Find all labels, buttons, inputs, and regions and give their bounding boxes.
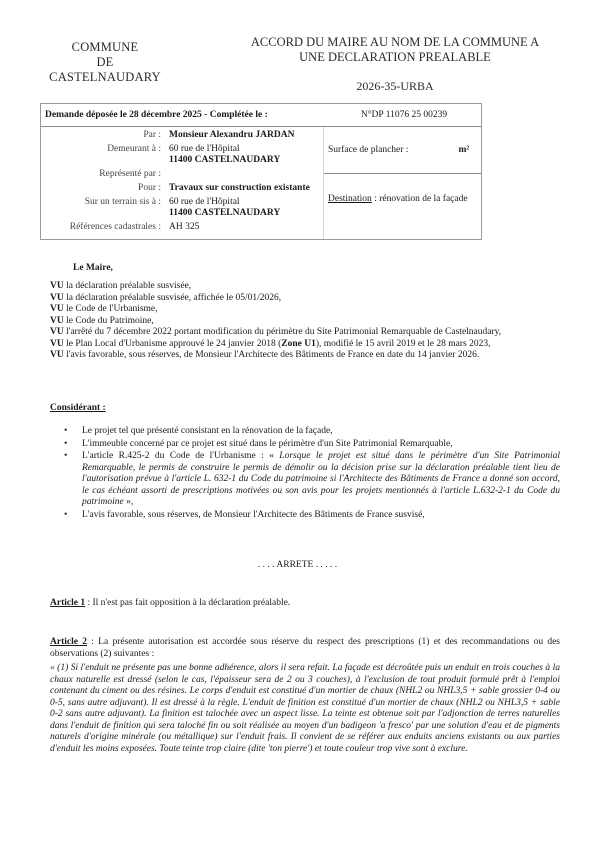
vu-item: VU l'arrêté du 7 décembre 2022 portant m…	[50, 327, 560, 339]
field-label: Par :	[41, 130, 165, 141]
vu-item: VU le Code du Patrimoine,	[50, 316, 560, 328]
field-value: AH 325	[165, 222, 323, 233]
document-title: ACCORD DU MAIRE AU NOM DE LA COMMUNE A U…	[210, 35, 580, 65]
vu-item: VU la déclaration préalable susvisée, af…	[50, 293, 560, 305]
commune-line: DE	[40, 55, 170, 70]
field-value: 60 rue de l'Hôpital	[169, 197, 323, 208]
considerant-item: L'avis favorable, sous réserves, de Mons…	[58, 510, 560, 522]
field-cadastre: Références cadastrales : AH 325	[41, 222, 323, 233]
vu-item: VU le Code de l'Urbanisme,	[50, 304, 560, 316]
considerant-item: L'immeuble concerné par ce projet est si…	[58, 439, 560, 451]
field-label: Références cadastrales :	[41, 222, 165, 233]
article-text: : Il n'est pas fait opposition à la décl…	[85, 598, 290, 608]
article-text: : La présente autorisation est accordée …	[50, 637, 560, 659]
considerant-list: Le projet tel que présenté consistant en…	[58, 426, 560, 522]
field-value: 11400 CASTELNAUDARY	[169, 208, 280, 218]
destination-label: Destination	[328, 194, 372, 204]
title-line: ACCORD DU MAIRE AU NOM DE LA COMMUNE A	[210, 35, 580, 50]
field-demeurant: Demeurant à : 60 rue de l'Hôpital11400 C…	[41, 144, 323, 166]
demande-date: Demande déposée le 28 décembre 2025 - Co…	[41, 110, 327, 120]
article-2-prescription: « (1) Si l'enduit ne présente pas une bo…	[50, 663, 560, 755]
surface-cell: Surface de plancher : m²	[324, 127, 481, 174]
vu-item: VU la déclaration préalable susvisée,	[50, 281, 560, 293]
field-represente: Représenté par :	[41, 169, 323, 180]
commune-line: CASTELNAUDARY	[40, 70, 170, 85]
field-value: Travaux sur construction existante	[169, 183, 310, 193]
arrete-heading: . . . . ARRETE . . . . .	[0, 560, 595, 570]
field-label: Pour :	[41, 183, 165, 194]
field-value: 11400 CASTELNAUDARY	[169, 155, 280, 165]
vu-item: VU l'avis favorable, sous réserves, de M…	[50, 350, 560, 362]
destination-value: : rénovation de la façade	[372, 194, 468, 204]
vu-list: VU la déclaration préalable susvisée, VU…	[50, 281, 560, 362]
surface-label: Surface de plancher :	[328, 145, 408, 155]
vu-item: VU le Plan Local d'Urbanisme approuvé le…	[50, 339, 560, 351]
considerant-heading: Considérant :	[50, 403, 106, 413]
field-pour: Pour : Travaux sur construction existant…	[41, 183, 323, 194]
commune-line: COMMUNE	[40, 40, 170, 55]
field-value	[165, 169, 323, 180]
field-label: Sur un terrain sis à :	[41, 197, 165, 219]
maire-heading: Le Maire,	[73, 263, 113, 273]
dp-number: N°DP 11076 25 00239	[327, 110, 481, 120]
surface-unit: m²	[458, 145, 469, 155]
field-par: Par : Monsieur Alexandru JARDAN	[41, 130, 323, 141]
article-2: Article 2 : La présente autorisation est…	[50, 637, 560, 660]
commune-block: COMMUNE DE CASTELNAUDARY	[40, 40, 170, 85]
field-value: 60 rue de l'Hôpital	[169, 144, 323, 155]
article-label: Article 2	[50, 637, 87, 647]
article-label: Article 1	[50, 598, 85, 608]
field-label: Demeurant à :	[41, 144, 165, 166]
summary-table: Demande déposée le 28 décembre 2025 - Co…	[40, 103, 482, 240]
document-reference: 2026-35-URBA	[210, 79, 580, 94]
considerant-item: Le projet tel que présenté consistant en…	[58, 426, 560, 438]
applicant-details: Par : Monsieur Alexandru JARDAN Demeuran…	[41, 127, 324, 239]
field-value: Monsieur Alexandru JARDAN	[169, 130, 294, 140]
summary-header: Demande déposée le 28 décembre 2025 - Co…	[41, 104, 481, 127]
considerant-item: L'article R.425-2 du Code de l'Urbanisme…	[58, 451, 560, 509]
destination-cell: Destination : rénovation de la façade	[324, 174, 481, 239]
article-1: Article 1 : Il n'est pas fait opposition…	[50, 598, 560, 610]
title-line: UNE DECLARATION PREALABLE	[210, 50, 580, 65]
field-label: Représenté par :	[41, 169, 165, 180]
field-terrain: Sur un terrain sis à : 60 rue de l'Hôpit…	[41, 197, 323, 219]
